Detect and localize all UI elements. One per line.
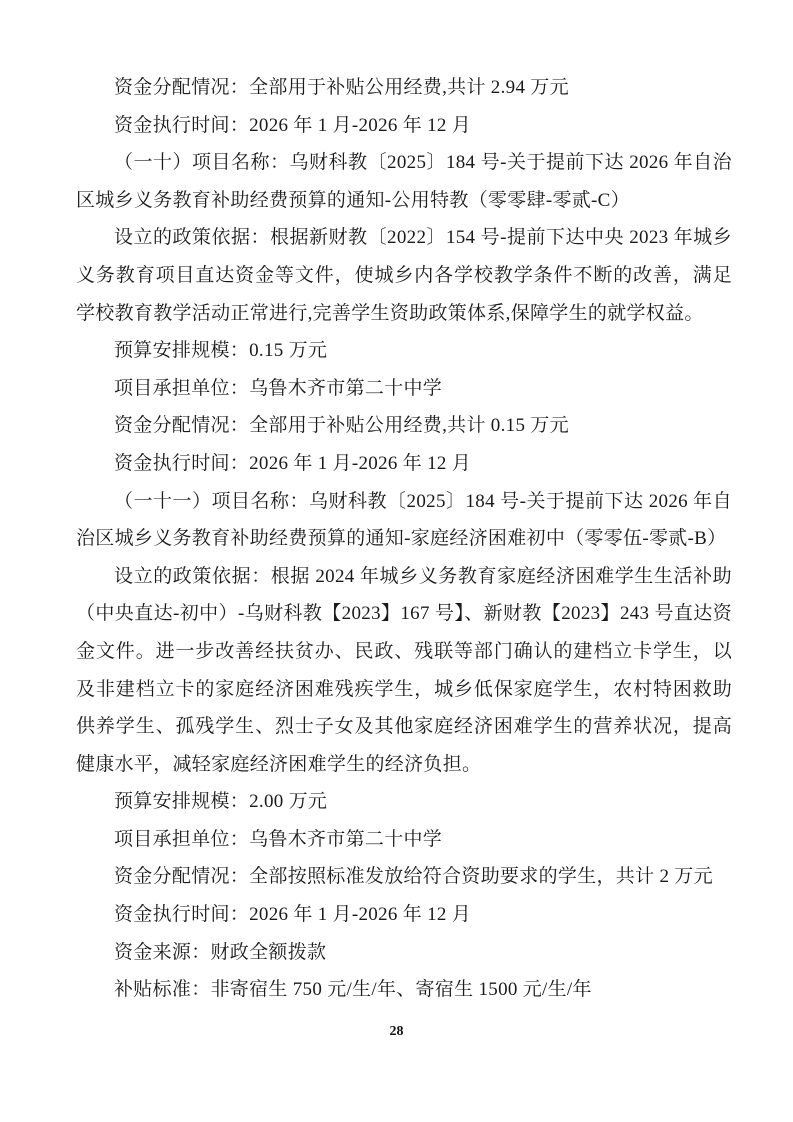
paragraph: 项目承担单位：乌鲁木齐市第二十中学 — [76, 370, 732, 408]
paragraph: 资金分配情况：全部用于补贴公用经费,共计 0.15 万元 — [76, 407, 732, 445]
document-page: 资金分配情况：全部用于补贴公用经费,共计 2.94 万元 资金执行时间：2026… — [0, 0, 793, 1122]
paragraph: 资金执行时间：2026 年 1 月-2026 年 12 月 — [76, 107, 732, 145]
paragraph: 预算安排规模：0.15 万元 — [76, 332, 732, 370]
paragraph: 项目承担单位：乌鲁木齐市第二十中学 — [76, 821, 732, 859]
document-body: 资金分配情况：全部用于补贴公用经费,共计 2.94 万元 资金执行时间：2026… — [76, 69, 732, 1009]
paragraph: 资金执行时间：2026 年 1 月-2026 年 12 月 — [76, 896, 732, 934]
paragraph: （一十）项目名称：乌财科教〔2025〕184 号-关于提前下达 2026 年自治… — [76, 144, 732, 219]
paragraph: 补贴标准：非寄宿生 750 元/生/年、寄宿生 1500 元/生/年 — [76, 971, 732, 1009]
paragraph: 资金来源：财政全额拨款 — [76, 934, 732, 972]
page-number: 28 — [0, 1022, 793, 1042]
paragraph: （一十一）项目名称：乌财科教〔2025〕184 号-关于提前下达 2026 年自… — [76, 483, 732, 558]
paragraph: 资金分配情况：全部用于补贴公用经费,共计 2.94 万元 — [76, 69, 732, 107]
paragraph: 资金执行时间：2026 年 1 月-2026 年 12 月 — [76, 445, 732, 483]
paragraph: 资金分配情况：全部按照标准发放给符合资助要求的学生，共计 2 万元 — [76, 858, 732, 896]
paragraph: 设立的政策依据：根据新财教〔2022〕154 号-提前下达中央 2023 年城乡… — [76, 219, 732, 332]
paragraph: 预算安排规模：2.00 万元 — [76, 783, 732, 821]
paragraph: 设立的政策依据：根据 2024 年城乡义务教育家庭经济困难学生生活补助（中央直达… — [76, 558, 732, 784]
